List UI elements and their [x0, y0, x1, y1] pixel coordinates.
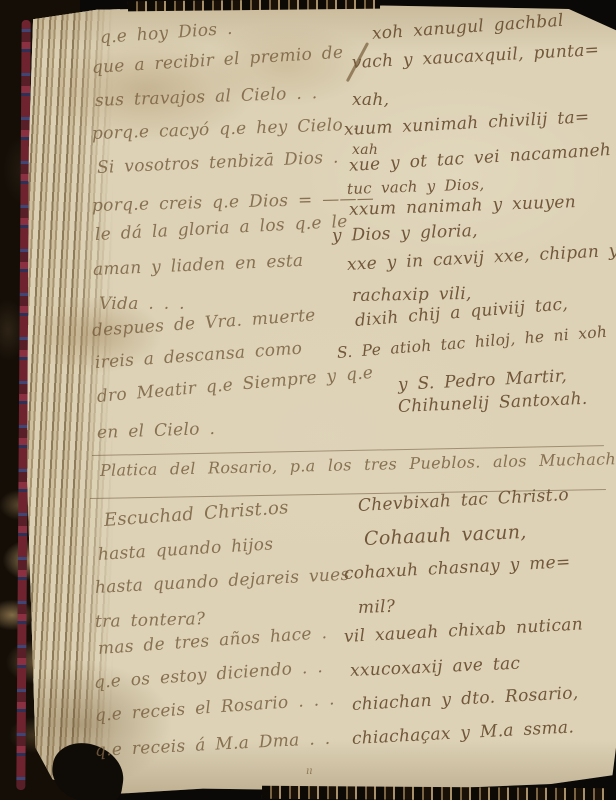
spanish-line: tra tontera? [95, 611, 206, 631]
vernacular-line: Cohaauh vacun, [364, 523, 527, 549]
vernacular-line: xoh xanugul gachbal [371, 13, 564, 43]
spanish-line: le dá la gloria a los q.e le [95, 214, 348, 244]
spanish-line: q.e receis á M.a Dma . . [95, 731, 331, 760]
spanish-line: Escuchad Christ.os [103, 499, 289, 530]
section-heading: Platica del Rosario, p.a los tres Pueblo… [100, 451, 616, 479]
spanish-line: que a recibir el premio de [91, 45, 343, 77]
spanish-line: q.e receis el Rosario . . . [94, 691, 335, 725]
vernacular-line: xuum xunimah chivilij ta= [344, 109, 590, 139]
spanish-line: q.e os estoy diciendo . . [93, 659, 323, 692]
vernacular-line: Chihunelij Santoxah. [398, 391, 588, 416]
vernacular-line: mil? [358, 599, 396, 617]
vernacular-line: xxum nanimah y xuuyen [349, 194, 577, 219]
vernacular-line: xah, [352, 92, 389, 109]
spanish-line: porq.e creis q.e Dios = ——— [92, 191, 375, 215]
spanish-line: en el Cielo . [97, 421, 216, 442]
catchword-mark: ıı [306, 766, 312, 777]
handwriting-layer: q.e hoy Dios . que a recibir el premio d… [0, 0, 616, 800]
spanish-line: sus travajos al Cielo . . [95, 85, 318, 110]
vernacular-line: vach y xaucaxquil, punta= [352, 42, 600, 72]
spanish-line: dro Meatir q.e Siempre y q.e [96, 365, 374, 406]
vernacular-line: vil xaueah chixab nutican [344, 616, 584, 646]
vernacular-line: y Dios y gloria, [332, 223, 478, 245]
vernacular-line: tuc vach y Dios, [347, 177, 485, 197]
spanish-line: hasta quando dejareis vues [95, 567, 350, 597]
spanish-line: q.e hoy Dios . [99, 21, 233, 47]
spanish-line: hasta quando hijos [97, 536, 273, 564]
spanish-line: porq.e cacyó q.e hey Cielo . [92, 117, 359, 143]
spanish-line: aman y liaden en esta [93, 253, 304, 279]
vernacular-line: xxucoxaxij ave tac [350, 656, 521, 680]
spanish-line: Si vosotros tenbizā Dios . [97, 149, 339, 177]
vernacular-line: xue y ot tac vei nacamaneh [348, 142, 611, 175]
vernacular-line: chiachan y dto. Rosario, [352, 685, 579, 714]
vernacular-line: cohaxuh chasnay y me= [344, 554, 571, 583]
vernacular-line: chiachaçax y M.a ssma. [352, 719, 575, 748]
spanish-line: ireis a descansa como [94, 341, 302, 372]
vernacular-line: xxe y in caxvij xxe, chipan y [347, 243, 616, 274]
spanish-line: Vida . . . [99, 296, 185, 313]
